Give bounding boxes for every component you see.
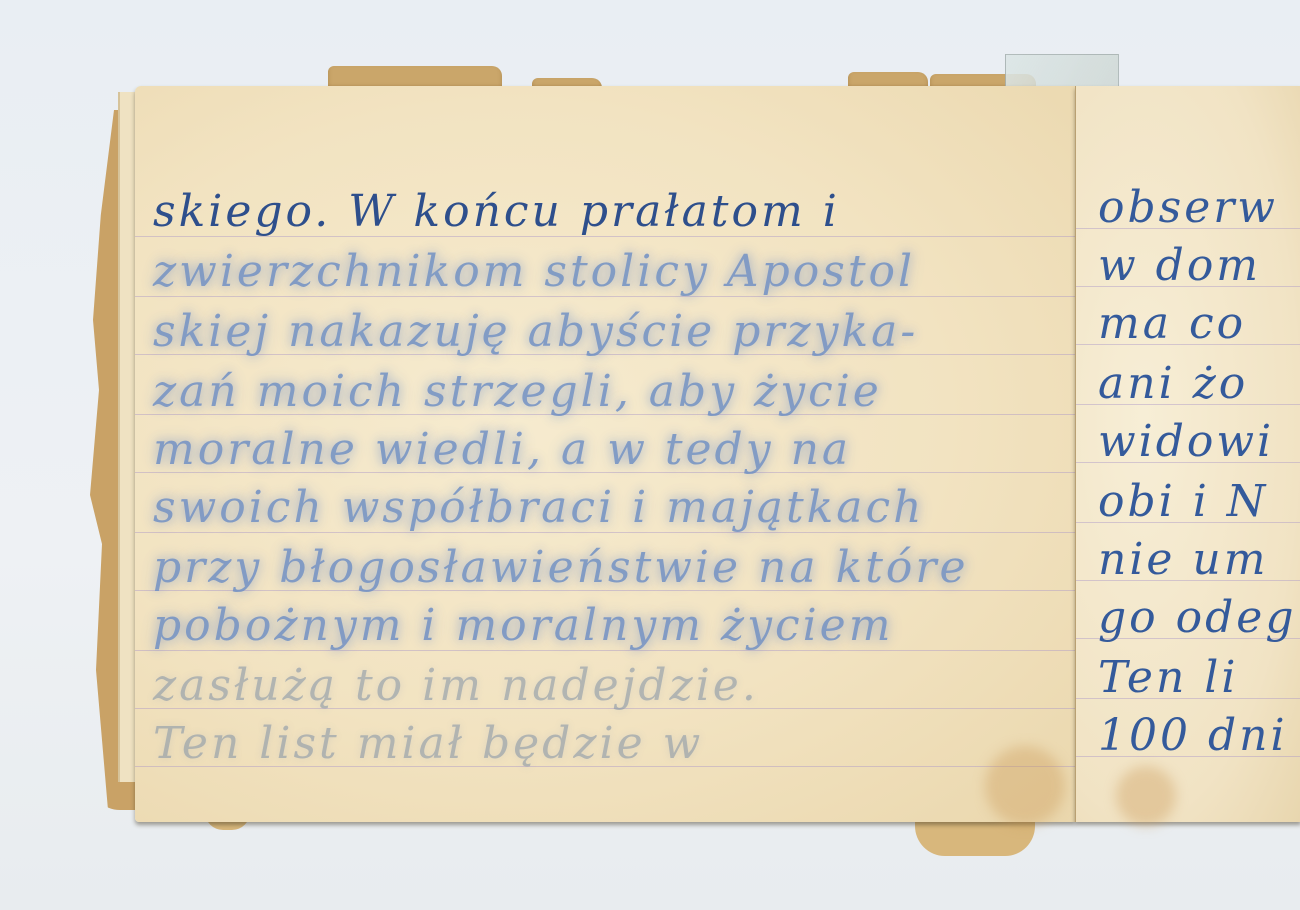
- handwritten-line: Ten list miał będzie w: [153, 718, 703, 769]
- handwritten-line: obserw: [1098, 182, 1278, 233]
- handwritten-line: moralne wiedli, a w tedy na: [153, 424, 851, 475]
- handwritten-line: widowi: [1098, 416, 1274, 467]
- torn-tab-bottom: [915, 820, 1035, 856]
- handwritten-line: skiego. W końcu prałatom i: [153, 186, 840, 237]
- handwritten-line: w dom: [1098, 240, 1261, 291]
- handwritten-line: 100 dni: [1098, 710, 1288, 761]
- handwritten-line: skiej nakazuję abyście przyka-: [153, 306, 918, 357]
- handwritten-line: ma co: [1098, 298, 1246, 349]
- right-page: obserw w dom ma co ani żo widowi obi i N…: [1075, 86, 1300, 822]
- handwritten-line: swoich współbraci i majątkach: [153, 482, 925, 533]
- handwritten-line: go odeg: [1098, 592, 1297, 643]
- handwritten-line: przy błogosławieństwie na które: [153, 542, 968, 593]
- handwritten-line: zasłużą to im nadejdzie.: [153, 660, 759, 711]
- handwritten-line: ani żo: [1098, 358, 1248, 409]
- handwritten-line: Ten li: [1098, 652, 1238, 703]
- handwritten-line: zań moich strzegli, aby życie: [153, 366, 882, 417]
- left-page: skiego. W końcu prałatom i zwierzchnikom…: [135, 86, 1075, 822]
- notebook-scan: skiego. W końcu prałatom i zwierzchnikom…: [0, 0, 1300, 910]
- handwritten-line: pobożnym i moralnym życiem: [153, 600, 893, 651]
- handwritten-line: zwierzchnikom stolicy Apostol: [153, 246, 915, 297]
- handwritten-line: nie um: [1098, 534, 1269, 585]
- handwritten-line: obi i N: [1098, 476, 1268, 527]
